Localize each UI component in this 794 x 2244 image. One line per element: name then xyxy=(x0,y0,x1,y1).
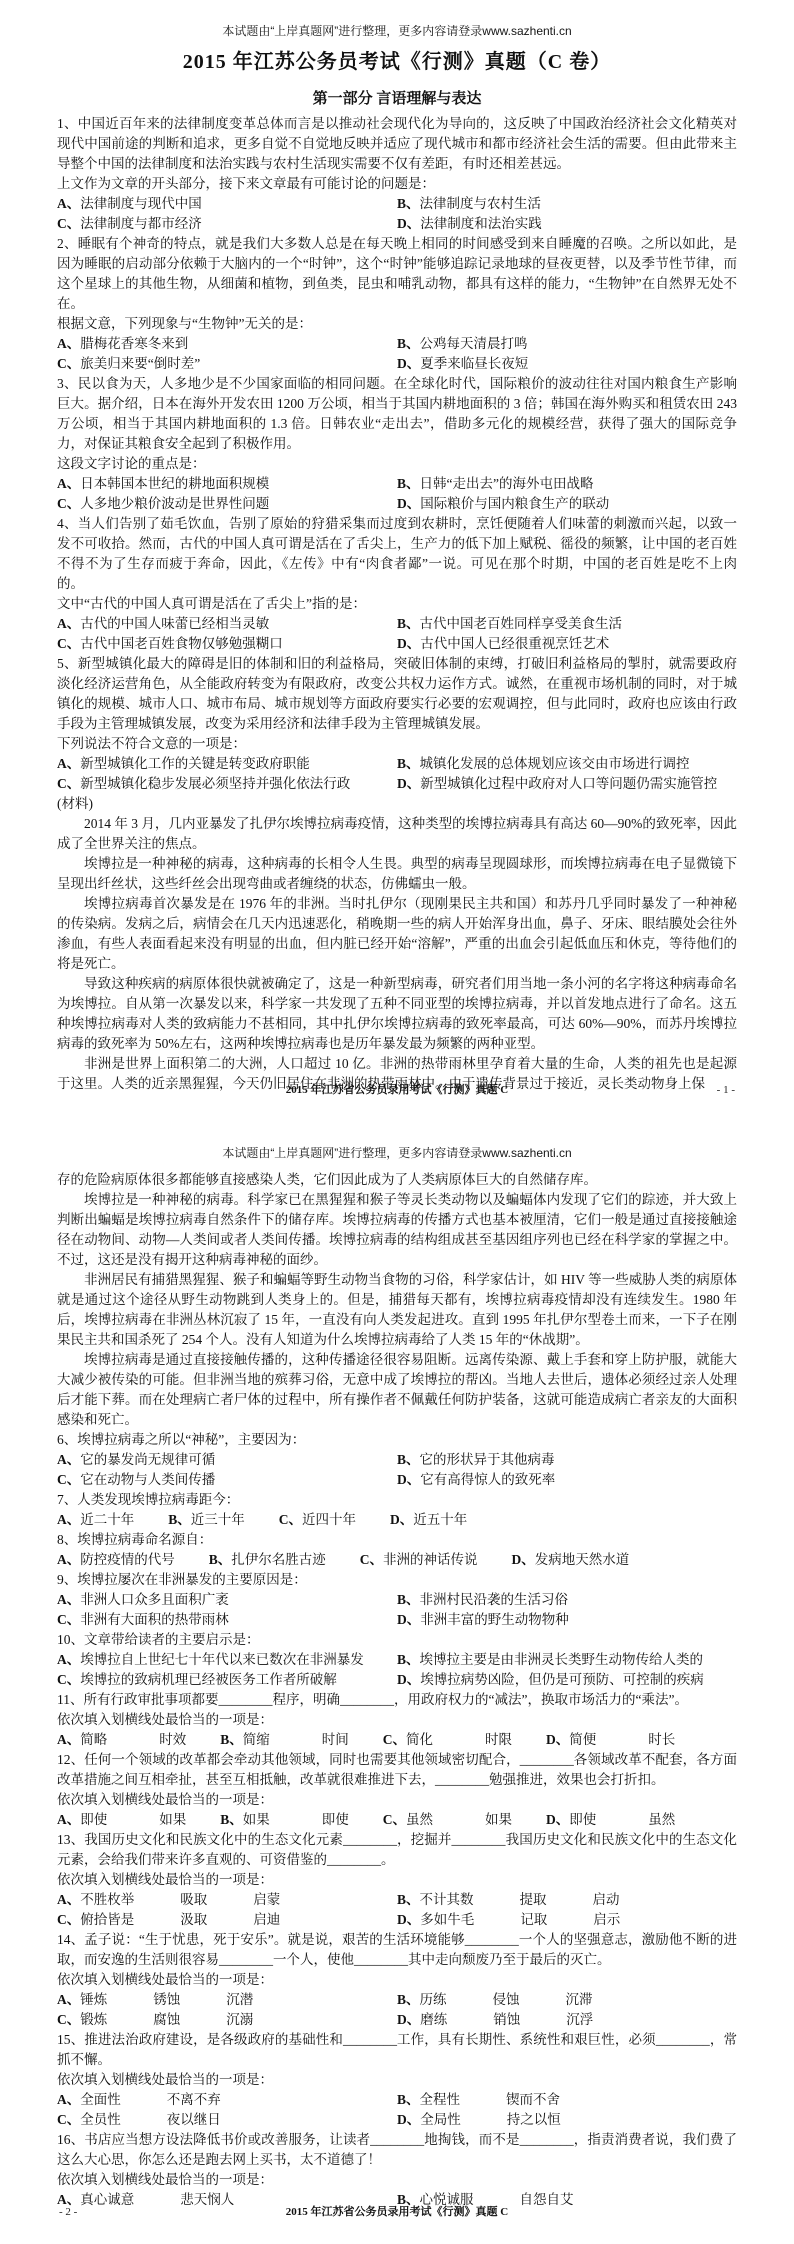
question-stem: 3、民以食为天，人多地少是不少国家面临的相同问题。在全球化时代，国际粮价的波动往… xyxy=(57,374,737,454)
page1-header-note: 本试题由“上岸真题网”进行整理，更多内容请登录www.sazhenti.cn xyxy=(57,22,737,40)
answer-option: A、古代的中国人味蕾已经相当灵敏 xyxy=(57,614,397,634)
option-text: 新型城镇化稳步发展必须坚持并强化依法行政 xyxy=(80,774,350,794)
option-label: B、 xyxy=(397,756,420,771)
option-text: 埃博拉病势凶险，但仍是可预防、可控制的疾病 xyxy=(420,1670,704,1690)
page-1-footer: 2015 年江苏省公务员录用考试《行测》真题 C - 1 - xyxy=(57,1082,737,1098)
page-number: - 1 - xyxy=(717,1082,735,1098)
answer-option: C、它在动物与人类间传播 xyxy=(57,1470,397,1490)
option-text: 不胜枚举 xyxy=(80,1890,134,1910)
option-text: 简略 xyxy=(80,1730,107,1750)
answer-option: B、非洲村民沿袭的生活习俗 xyxy=(397,1590,737,1610)
option-label: D、 xyxy=(397,1672,420,1687)
option-label: A、 xyxy=(57,476,80,491)
option-label: B、 xyxy=(168,1512,191,1527)
option-row: C、人多地少粮价波动是世界性问题D、国际粮价与国内粮食生产的联动 xyxy=(57,494,737,514)
option-row: A、非洲人口众多且面积广袤B、非洲村民沿袭的生活习俗 xyxy=(57,1590,737,1610)
option-label: A、 xyxy=(57,756,80,771)
answer-option: C、俯拾皆是汲取启迪 xyxy=(57,1910,397,1930)
option-text: 公鸡每天清晨打鸣 xyxy=(420,334,528,354)
option-text: 如果 xyxy=(485,1810,512,1830)
option-label: C、 xyxy=(57,776,80,791)
footer-title: 2015 年江苏省公务员录用考试《行测》真题 C xyxy=(57,1082,737,1098)
option-label: D、 xyxy=(397,1612,420,1627)
option-row: C、它在动物与人类间传播D、它有高得惊人的致死率 xyxy=(57,1470,737,1490)
answer-option: C、古代中国老百姓食物仅够勉强糊口 xyxy=(57,634,397,654)
option-text: 锈蚀 xyxy=(153,1990,180,2010)
option-label: A、 xyxy=(57,1732,80,1747)
paragraph: 依次填入划横线处最恰当的一项是： xyxy=(57,1790,737,1810)
answer-option: C、锻炼腐蚀沉溺 xyxy=(57,2010,397,2030)
answer-option: B、扎伊尔名胜古迹 xyxy=(209,1550,326,1570)
option-label: D、 xyxy=(397,2112,420,2127)
answer-option: C、虽然如果 xyxy=(383,1810,512,1830)
option-text: 侵蚀 xyxy=(493,1990,520,2010)
option-text: 时间 xyxy=(322,1730,349,1750)
option-label: B、 xyxy=(397,1452,420,1467)
paragraph: 非洲居民有捕猎黑猩猩、猴子和蝙蝠等野生动物当食物的习俗，科学家估计，如 HIV … xyxy=(57,1270,737,1350)
option-text: 非洲村民沿袭的生活习俗 xyxy=(420,1590,569,1610)
answer-option: D、简便时长 xyxy=(546,1730,675,1750)
option-label: A、 xyxy=(57,1552,80,1567)
paragraph: (材料) xyxy=(57,794,737,814)
option-row: C、法律制度与都市经济D、法律制度和法治实践 xyxy=(57,214,737,234)
option-text: 近三十年 xyxy=(191,1510,245,1530)
option-text: 古代的中国人味蕾已经相当灵敏 xyxy=(80,614,269,634)
option-text: 时长 xyxy=(648,1730,675,1750)
option-label: A、 xyxy=(57,1812,80,1827)
option-text: 锻炼 xyxy=(80,2010,107,2030)
page-2: 本试题由“上岸真题网”进行整理，更多内容请登录www.sazhenti.cn 存… xyxy=(0,1122,794,2244)
option-label: B、 xyxy=(397,1992,420,2007)
option-row: A、新型城镇化工作的关键是转变政府职能B、城镇化发展的总体规划应该交由市场进行调… xyxy=(57,754,737,774)
page-number: - 2 - xyxy=(59,2204,77,2220)
option-text: 腊梅花香寒冬来到 xyxy=(80,334,188,354)
paragraph: 这段文字讨论的重点是： xyxy=(57,454,737,474)
option-label: A、 xyxy=(57,616,80,631)
option-label: D、 xyxy=(397,496,420,511)
option-text: 非洲人口众多且面积广袤 xyxy=(80,1590,229,1610)
option-text: 它有高得惊人的致死率 xyxy=(420,1470,555,1490)
option-row: A、不胜枚举吸取启蒙B、不计其数提取启动 xyxy=(57,1890,737,1910)
option-text: 法律制度与农村生活 xyxy=(420,194,542,214)
option-text: 全面性 xyxy=(80,2090,121,2110)
option-label: B、 xyxy=(397,1892,420,1907)
option-text: 锲而不舍 xyxy=(506,2090,560,2110)
option-label: B、 xyxy=(397,2092,420,2107)
option-label: D、 xyxy=(512,1552,535,1567)
option-label: D、 xyxy=(546,1812,569,1827)
option-label: A、 xyxy=(57,196,80,211)
question-stem: 13、我国历史文化和民族文化中的生态文化元素________，挖掘并______… xyxy=(57,1830,737,1870)
doc-title: 2015 年江苏公务员考试《行测》真题（C 卷） xyxy=(57,48,737,76)
option-label: C、 xyxy=(57,2112,80,2127)
option-text: 启动 xyxy=(593,1890,620,1910)
answer-option: B、法律制度与农村生活 xyxy=(397,194,737,214)
option-label: A、 xyxy=(57,336,80,351)
answer-option: A、日本韩国本世纪的耕地面积规模 xyxy=(57,474,397,494)
paragraph: 依次填入划横线处最恰当的一项是： xyxy=(57,2170,737,2190)
option-text: 法律制度与都市经济 xyxy=(80,214,202,234)
option-row: C、旅美归来要“倒时差”D、夏季来临昼长夜短 xyxy=(57,354,737,374)
answer-option: C、法律制度与都市经济 xyxy=(57,214,397,234)
option-text: 如果 xyxy=(159,1810,186,1830)
answer-option: D、夏季来临昼长夜短 xyxy=(397,354,737,374)
option-label: B、 xyxy=(397,196,420,211)
answer-option: B、近三十年 xyxy=(168,1510,245,1530)
option-row: C、全员性夜以继日D、全局性持之以恒 xyxy=(57,2110,737,2130)
answer-option: D、国际粮价与国内粮食生产的联动 xyxy=(397,494,737,514)
option-text: 日韩“走出去”的海外屯田战略 xyxy=(420,474,594,494)
answer-option: A、它的暴发尚无规律可循 xyxy=(57,1450,397,1470)
answer-option: D、磨练销蚀沉浮 xyxy=(397,2010,737,2030)
answer-option: C、简化时限 xyxy=(383,1730,512,1750)
option-row: A、锤炼锈蚀沉潜B、历练侵蚀沉滞 xyxy=(57,1990,737,2010)
answer-option: A、非洲人口众多且面积广袤 xyxy=(57,1590,397,1610)
option-text: 即使 xyxy=(80,1810,107,1830)
option-text: 全局性 xyxy=(420,2110,461,2130)
option-label: A、 xyxy=(57,1512,80,1527)
answer-option: A、埃博拉自上世纪七十年代以来已数次在非洲暴发 xyxy=(57,1650,397,1670)
question-stem: 9、埃博拉屡次在非洲暴发的主要原因是： xyxy=(57,1570,737,1590)
option-text: 国际粮价与国内粮食生产的联动 xyxy=(420,494,609,514)
option-text: 持之以恒 xyxy=(507,2110,561,2130)
option-label: C、 xyxy=(57,1672,80,1687)
option-text: 城镇化发展的总体规划应该交由市场进行调控 xyxy=(420,754,690,774)
option-text: 锤炼 xyxy=(80,1990,107,2010)
option-row: A、腊梅花香寒冬来到B、公鸡每天清晨打鸣 xyxy=(57,334,737,354)
option-text: 如果 xyxy=(243,1810,270,1830)
option-text: 近五十年 xyxy=(413,1510,467,1530)
question-stem: 1、中国近百年来的法律制度变革总体而言是以推动社会现代化为导向的，这反映了中国政… xyxy=(57,114,737,174)
answer-option: C、埃博拉的致病机理已经被医务工作者所破解 xyxy=(57,1670,397,1690)
option-text: 发病地天然水道 xyxy=(535,1550,630,1570)
option-text: 埃博拉主要是由非洲灵长类野生动物传给人类的 xyxy=(420,1650,704,1670)
option-label: B、 xyxy=(220,1732,243,1747)
option-label: C、 xyxy=(57,356,80,371)
question-stem: 15、推进法治政府建设，是各级政府的基础性和________工作，具有长期性、系… xyxy=(57,2030,737,2070)
answer-option: C、人多地少粮价波动是世界性问题 xyxy=(57,494,397,514)
paragraph: 上文作为文章的开头部分，接下来文章最有可能讨论的问题是： xyxy=(57,174,737,194)
option-text: 汲取 xyxy=(180,1910,207,1930)
answer-option: B、城镇化发展的总体规划应该交由市场进行调控 xyxy=(397,754,737,774)
option-text: 人多地少粮价波动是世界性问题 xyxy=(80,494,269,514)
option-row: C、埃博拉的致病机理已经被医务工作者所破解D、埃博拉病势凶险，但仍是可预防、可控… xyxy=(57,1670,737,1690)
question-stem: 4、当人们告别了茹毛饮血，告别了原始的狩猎采集而过度到农耕时，烹饪便随着人们味蕾… xyxy=(57,514,737,594)
paragraph: 下列说法不符合文意的一项是： xyxy=(57,734,737,754)
paragraph: 埃博拉病毒首次暴发是在 1976 年的非洲。当时扎伊尔（现刚果民主共和国）和苏丹… xyxy=(57,894,737,974)
option-label: B、 xyxy=(397,476,420,491)
answer-option: D、它有高得惊人的致死率 xyxy=(397,1470,737,1490)
option-text: 沉滞 xyxy=(566,1990,593,2010)
option-text: 非洲有大面积的热带雨林 xyxy=(80,1610,229,1630)
option-text: 启示 xyxy=(593,1910,620,1930)
option-text: 时限 xyxy=(485,1730,512,1750)
answer-option: C、近四十年 xyxy=(279,1510,356,1530)
question-stem: 14、孟子说：“生于忧患，死于安乐”。就是说，艰苦的生活环境能够________… xyxy=(57,1930,737,1970)
option-text: 它在动物与人类间传播 xyxy=(80,1470,215,1490)
option-label: A、 xyxy=(57,2092,80,2107)
option-text: 简缩 xyxy=(243,1730,270,1750)
option-row: A、古代的中国人味蕾已经相当灵敏B、古代中国老百姓同样享受美食生活 xyxy=(57,614,737,634)
answer-option: A、锤炼锈蚀沉潜 xyxy=(57,1990,397,2010)
answer-option: A、新型城镇化工作的关键是转变政府职能 xyxy=(57,754,397,774)
option-text: 记取 xyxy=(520,1910,547,1930)
answer-option: D、发病地天然水道 xyxy=(512,1550,630,1570)
option-label: C、 xyxy=(383,1732,406,1747)
option-text: 简便 xyxy=(569,1730,596,1750)
option-text: 防控疫情的代号 xyxy=(80,1550,175,1570)
option-label: A、 xyxy=(57,1452,80,1467)
option-label: D、 xyxy=(397,776,420,791)
answer-option: A、防控疫情的代号 xyxy=(57,1550,175,1570)
option-text: 启蒙 xyxy=(253,1890,280,1910)
option-row: C、俯拾皆是汲取启迪D、多如牛毛记取启示 xyxy=(57,1910,737,1930)
option-label: C、 xyxy=(57,1472,80,1487)
option-text: 俯拾皆是 xyxy=(80,1910,134,1930)
option-label: D、 xyxy=(397,2012,420,2027)
option-label: C、 xyxy=(57,1612,80,1627)
option-text: 旅美归来要“倒时差” xyxy=(80,354,200,374)
answer-option: C、非洲有大面积的热带雨林 xyxy=(57,1610,397,1630)
option-row: A、日本韩国本世纪的耕地面积规模B、日韩“走出去”的海外屯田战略 xyxy=(57,474,737,494)
option-row: A、法律制度与现代中国B、法律制度与农村生活 xyxy=(57,194,737,214)
option-text: 不计其数 xyxy=(420,1890,474,1910)
option-text: 古代中国人已经很重视烹饪艺术 xyxy=(420,634,609,654)
option-text: 多如牛毛 xyxy=(420,1910,474,1930)
answer-option: A、全面性不离不弃 xyxy=(57,2090,397,2110)
option-text: 历练 xyxy=(420,1990,447,2010)
page-1-content: 第一部分 言语理解与表达1、中国近百年来的法律制度变革总体而言是以推动社会现代化… xyxy=(57,88,737,1094)
option-text: 它的暴发尚无规律可循 xyxy=(80,1450,215,1470)
option-row: A、防控疫情的代号B、扎伊尔名胜古迹C、非洲的神话传说D、发病地天然水道 xyxy=(57,1550,737,1570)
answer-option: A、即使如果 xyxy=(57,1810,186,1830)
option-label: C、 xyxy=(57,636,80,651)
option-text: 腐蚀 xyxy=(153,2010,180,2030)
question-stem: 8、埃博拉病毒命名源自： xyxy=(57,1530,737,1550)
option-text: 提取 xyxy=(520,1890,547,1910)
answer-option: B、如果即使 xyxy=(220,1810,349,1830)
paragraph: 依次填入划横线处最恰当的一项是： xyxy=(57,2070,737,2090)
question-stem: 16、书店应当想方设法降低书价或改善服务，让读者________地掏钱，而不是_… xyxy=(57,2130,737,2170)
page-1: 本试题由“上岸真题网”进行整理，更多内容请登录www.sazhenti.cn 2… xyxy=(0,0,794,1122)
option-text: 吸取 xyxy=(180,1890,207,1910)
option-label: A、 xyxy=(57,1892,80,1907)
option-row: C、古代中国老百姓食物仅够勉强糊口D、古代中国人已经很重视烹饪艺术 xyxy=(57,634,737,654)
option-label: B、 xyxy=(397,616,420,631)
option-label: B、 xyxy=(397,1652,420,1667)
option-text: 它的形状异于其他病毒 xyxy=(420,1450,555,1470)
option-row: C、新型城镇化稳步发展必须坚持并强化依法行政D、新型城镇化过程中政府对人口等问题… xyxy=(57,774,737,794)
question-stem: 6、埃博拉病毒之所以“神秘”，主要因为： xyxy=(57,1430,737,1450)
option-text: 非洲丰富的野生动物物种 xyxy=(420,1610,569,1630)
answer-option: D、新型城镇化过程中政府对人口等问题仍需实施管控 xyxy=(397,774,737,794)
option-label: D、 xyxy=(397,1472,420,1487)
paragraph: 依次填入划横线处最恰当的一项是： xyxy=(57,1710,737,1730)
option-label: C、 xyxy=(57,2012,80,2027)
option-label: D、 xyxy=(546,1732,569,1747)
answer-option: B、它的形状异于其他病毒 xyxy=(397,1450,737,1470)
answer-option: B、历练侵蚀沉滞 xyxy=(397,1990,737,2010)
option-text: 古代中国老百姓食物仅够勉强糊口 xyxy=(80,634,283,654)
option-text: 古代中国老百姓同样享受美食生活 xyxy=(420,614,623,634)
option-label: B、 xyxy=(397,336,420,351)
option-row: A、全面性不离不弃B、全程性锲而不舍 xyxy=(57,2090,737,2110)
option-text: 新型城镇化工作的关键是转变政府职能 xyxy=(80,754,310,774)
option-text: 虽然 xyxy=(406,1810,433,1830)
paragraph: 依次填入划横线处最恰当的一项是： xyxy=(57,1870,737,1890)
answer-option: B、古代中国老百姓同样享受美食生活 xyxy=(397,614,737,634)
answer-option: A、简略时效 xyxy=(57,1730,186,1750)
option-label: C、 xyxy=(57,216,80,231)
paragraph: 存的危险病原体很多都能够直接感染人类，它们因此成为了人类病原体巨大的自然储存库。 xyxy=(57,1170,737,1190)
option-label: A、 xyxy=(57,1592,80,1607)
answer-option: B、埃博拉主要是由非洲灵长类野生动物传给人类的 xyxy=(397,1650,737,1670)
paragraph: 依次填入划横线处最恰当的一项是： xyxy=(57,1970,737,1990)
option-text: 日本韩国本世纪的耕地面积规模 xyxy=(80,474,269,494)
option-label: C、 xyxy=(360,1552,383,1567)
paragraph: 文中“古代的中国人真可谓是活在了舌尖上”指的是： xyxy=(57,594,737,614)
answer-option: A、不胜枚举吸取启蒙 xyxy=(57,1890,397,1910)
option-text: 时效 xyxy=(159,1730,186,1750)
option-text: 扎伊尔名胜古迹 xyxy=(231,1550,326,1570)
answer-option: C、新型城镇化稳步发展必须坚持并强化依法行政 xyxy=(57,774,397,794)
answer-option: A、近二十年 xyxy=(57,1510,134,1530)
option-text: 夏季来临昼长夜短 xyxy=(420,354,528,374)
option-text: 全员性 xyxy=(80,2110,121,2130)
option-text: 沉潜 xyxy=(226,1990,253,2010)
option-label: D、 xyxy=(397,1912,420,1927)
option-label: D、 xyxy=(397,636,420,651)
answer-option: B、不计其数提取启动 xyxy=(397,1890,737,1910)
option-label: B、 xyxy=(209,1552,232,1567)
option-row: C、非洲有大面积的热带雨林D、非洲丰富的野生动物物种 xyxy=(57,1610,737,1630)
option-text: 虽然 xyxy=(648,1810,675,1830)
option-text: 非洲的神话传说 xyxy=(383,1550,478,1570)
option-text: 不离不弃 xyxy=(167,2090,221,2110)
answer-option: D、全局性持之以恒 xyxy=(397,2110,737,2130)
paragraph: 2014 年 3 月，几内亚暴发了扎伊尔埃博拉病毒疫情，这种类型的埃博拉病毒具有… xyxy=(57,814,737,854)
option-row: A、埃博拉自上世纪七十年代以来已数次在非洲暴发B、埃博拉主要是由非洲灵长类野生动… xyxy=(57,1650,737,1670)
option-text: 法律制度与现代中国 xyxy=(80,194,202,214)
answer-option: D、近五十年 xyxy=(390,1510,467,1530)
page-2-content: 存的危险病原体很多都能够直接感染人类，它们因此成为了人类病原体巨大的自然储存库。… xyxy=(57,1170,737,2210)
answer-option: D、非洲丰富的野生动物物种 xyxy=(397,1610,737,1630)
answer-option: A、法律制度与现代中国 xyxy=(57,194,397,214)
option-text: 简化 xyxy=(406,1730,433,1750)
option-label: D、 xyxy=(397,216,420,231)
question-stem: 12、任何一个领域的改革都会牵动其他领域，同时也需要其他领域密切配合，_____… xyxy=(57,1750,737,1790)
footer-title: 2015 年江苏省公务员录用考试《行测》真题 C xyxy=(57,2204,737,2220)
option-text: 近四十年 xyxy=(302,1510,356,1530)
answer-option: D、埃博拉病势凶险，但仍是可预防、可控制的疾病 xyxy=(397,1670,737,1690)
option-row: A、近二十年B、近三十年C、近四十年D、近五十年 xyxy=(57,1510,737,1530)
option-text: 沉浮 xyxy=(566,2010,593,2030)
answer-option: D、多如牛毛记取启示 xyxy=(397,1910,737,1930)
option-text: 即使 xyxy=(569,1810,596,1830)
option-text: 全程性 xyxy=(420,2090,461,2110)
option-row: C、锻炼腐蚀沉溺D、磨练销蚀沉浮 xyxy=(57,2010,737,2030)
question-stem: 7、人类发现埃博拉病毒距今： xyxy=(57,1490,737,1510)
question-stem: 10、文章带给读者的主要启示是： xyxy=(57,1630,737,1650)
answer-option: B、日韩“走出去”的海外屯田战略 xyxy=(397,474,737,494)
answer-option: C、全员性夜以继日 xyxy=(57,2110,397,2130)
option-label: B、 xyxy=(220,1812,243,1827)
question-stem: 5、新型城镇化最大的障碍是旧的体制和旧的利益格局，突破旧体制的束缚，打破旧利益格… xyxy=(57,654,737,734)
option-row: A、它的暴发尚无规律可循B、它的形状异于其他病毒 xyxy=(57,1450,737,1470)
answer-option: D、古代中国人已经很重视烹饪艺术 xyxy=(397,634,737,654)
paragraph: 埃博拉病毒是通过直接接触传播的，这种传播途径很容易阻断。远离传染源、戴上手套和穿… xyxy=(57,1350,737,1430)
answer-option: B、简缩时间 xyxy=(220,1730,349,1750)
answer-option: A、腊梅花香寒冬来到 xyxy=(57,334,397,354)
answer-option: D、即使虽然 xyxy=(546,1810,675,1830)
page2-header-note: 本试题由“上岸真题网”进行整理，更多内容请登录www.sazhenti.cn xyxy=(57,1144,737,1162)
option-label: C、 xyxy=(57,1912,80,1927)
paragraph: 埃博拉是一种神秘的病毒，这种病毒的长相令人生畏。典型的病毒呈现圆球形，而埃博拉病… xyxy=(57,854,737,894)
paragraph: 导致这种疾病的病原体很快就被确定了，这是一种新型病毒，研究者们用当地一条小河的名… xyxy=(57,974,737,1054)
answer-option: C、旅美归来要“倒时差” xyxy=(57,354,397,374)
option-label: D、 xyxy=(397,356,420,371)
option-label: A、 xyxy=(57,1652,80,1667)
option-label: C、 xyxy=(57,496,80,511)
question-stem: 11、所有行政审批事项都要________程序，明确________，用政府权力… xyxy=(57,1690,737,1710)
option-text: 磨练 xyxy=(420,2010,447,2030)
paragraph: 根据文意，下列现象与“生物钟”无关的是： xyxy=(57,314,737,334)
option-label: D、 xyxy=(390,1512,413,1527)
option-label: B、 xyxy=(397,1592,420,1607)
option-text: 启迪 xyxy=(253,1910,280,1930)
option-text: 销蚀 xyxy=(493,2010,520,2030)
paragraph: 埃博拉是一种神秘的病毒。科学家已在黑猩猩和猴子等灵长类动物以及蝙蝠体内发现了它们… xyxy=(57,1190,737,1270)
option-text: 埃博拉自上世纪七十年代以来已数次在非洲暴发 xyxy=(80,1650,364,1670)
answer-option: C、非洲的神话传说 xyxy=(360,1550,478,1570)
answer-option: D、法律制度和法治实践 xyxy=(397,214,737,234)
option-text: 近二十年 xyxy=(80,1510,134,1530)
option-text: 新型城镇化过程中政府对人口等问题仍需实施管控 xyxy=(420,774,717,794)
exam-document: 本试题由“上岸真题网”进行整理，更多内容请登录www.sazhenti.cn 2… xyxy=(0,0,794,2244)
answer-option: B、全程性锲而不舍 xyxy=(397,2090,737,2110)
option-row: A、简略时效B、简缩时间C、简化时限D、简便时长 xyxy=(57,1730,737,1750)
page-2-footer: 2015 年江苏省公务员录用考试《行测》真题 C - 2 - xyxy=(57,2204,737,2220)
answer-option: B、公鸡每天清晨打鸣 xyxy=(397,334,737,354)
option-row: A、即使如果B、如果即使C、虽然如果D、即使虽然 xyxy=(57,1810,737,1830)
question-stem: 2、睡眠有个神奇的特点，就是我们大多数人总是在每天晚上相同的时间感受到来自睡魔的… xyxy=(57,234,737,314)
section-heading: 第一部分 言语理解与表达 xyxy=(57,88,737,110)
option-text: 夜以继日 xyxy=(167,2110,221,2130)
option-text: 埃博拉的致病机理已经被医务工作者所破解 xyxy=(80,1670,337,1690)
option-text: 即使 xyxy=(322,1810,349,1830)
option-label: A、 xyxy=(57,1992,80,2007)
option-text: 沉溺 xyxy=(226,2010,253,2030)
option-label: C、 xyxy=(383,1812,406,1827)
option-label: C、 xyxy=(279,1512,302,1527)
option-text: 法律制度和法治实践 xyxy=(420,214,542,234)
